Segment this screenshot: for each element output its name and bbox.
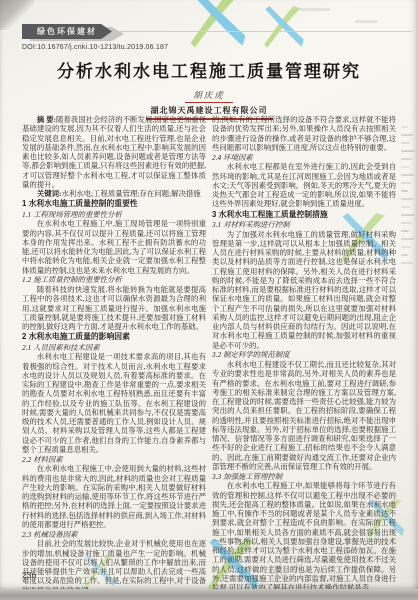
paragraph: 随着科技的快速发展,将水能转换为电能就是要提高工程中的各项技术,这也才可以确保水…: [22, 285, 206, 331]
scan-smudge: [300, 8, 330, 11]
paragraph: 目前,社会的发展比较快,企业对于机械化使用也在逐步的增加,机械设备对施工质量也产…: [22, 539, 206, 595]
paragraph: 水利水电工程建设是一项技术要求高的项目,其也有着极强的综合性。对于技术人员而言,…: [22, 352, 206, 454]
ribbon-watermark-icon: [182, 0, 254, 56]
subsection-heading-3-2: 3.2 制定科学的规范制度: [212, 350, 396, 359]
section-heading-2: 2 水利水电施工质量的影响因素: [22, 332, 206, 341]
paragraph: 在水利水电工程施工中,如果能够将每个环节进行有效的管理和控制,这样不仅可以避免工…: [212, 481, 396, 592]
page-number: 236: [22, 570, 36, 580]
category-tag: 绿色环保建材: [22, 24, 112, 39]
section-heading-3: 3 水利水电工程施工质量控制措施: [212, 210, 396, 219]
page-scan: 佰天 绿色环保建材 DOI:10.16767/j.cnki.10-1213/tu…: [0, 0, 418, 589]
subsection-heading-3-1: 3.1 对材料采购进行控制: [212, 220, 396, 229]
paragraph: 在水利水电工程施工中,施工现场管理是一项特别重要的内容,其不仅仅可以提升工程质量…: [22, 219, 206, 275]
paragraph: 水利水电工程建设不仅工期长,而且还比较复杂,其对专业的要求性也是非常高的,另外,…: [212, 360, 396, 471]
keywords-line: 关键词:水利水电;工程质量管理;存在问题;解决措施: [22, 189, 206, 198]
paragraph: 为了加强对水利水电施工的质量管理,做好材料采购管理是第一步,这样就可以从根本上加…: [212, 230, 396, 350]
right-column: 的,例如,有的工程所选择的设备不符合要求,这样就不能将设备的优势发挥出来;另外,…: [212, 115, 396, 600]
left-column: 摘 要:随着我国社会经济的不断发展,国家也更加重视基础建设的发展,因为其不仅着人…: [22, 115, 206, 595]
subsection-heading-2-4: 2.4 环境因素: [212, 153, 396, 162]
paragraph-continuation: 的,例如,有的工程所选择的设备不符合要求,这样就不能将设备的优势发挥出来;另外,…: [212, 115, 396, 152]
abstract-paragraph: 摘 要:随着我国社会经济的不断发展,国家也更加重视基础建设的发展,因为其不仅着人…: [22, 115, 206, 189]
subsection-heading-1-2: 1.2 施工质量控制的重要性分析: [22, 275, 206, 284]
abstract-paragraph-label: 摘 要:: [37, 115, 56, 124]
subsection-heading-3-3: 3.3 加强施工管理控制: [212, 472, 396, 481]
bleed-through-marks: [401, 126, 416, 270]
ribbon-watermark-icon: [258, 2, 310, 54]
paragraph: 水利水电工程都是在室外进行施工的,因此会受到自然环境的影响,尤其是在江河周围施工…: [212, 162, 396, 208]
paragraph: 在水利水电工程施工中,会使用到大量的材料,这些材料的费用也是非常大的,因此,材料…: [22, 464, 206, 529]
paper-title: 分析水利水电工程施工质量管理研究: [0, 57, 418, 82]
header-rule: [118, 31, 412, 32]
keywords-line-label: 关键词:: [37, 189, 62, 198]
scan-edge-strip: [0, 589, 418, 600]
section-heading-1: 1 水利水电施工质量控制的重要性: [22, 199, 206, 208]
subsection-heading-2-3: 2.3 机械设备因素: [22, 530, 206, 539]
doi-text: DOI:10.16767/j.cnki.10-1213/tu.2019.06.1…: [22, 44, 168, 51]
scan-smudge: [355, 20, 377, 23]
subsection-heading-2-2: 2.2 材料因素: [22, 455, 206, 464]
subsection-heading-2-1: 2.1 人员因素和技术因素: [22, 343, 206, 352]
subsection-heading-1-1: 1.1 工程现场管理的重要性分析: [22, 210, 206, 219]
